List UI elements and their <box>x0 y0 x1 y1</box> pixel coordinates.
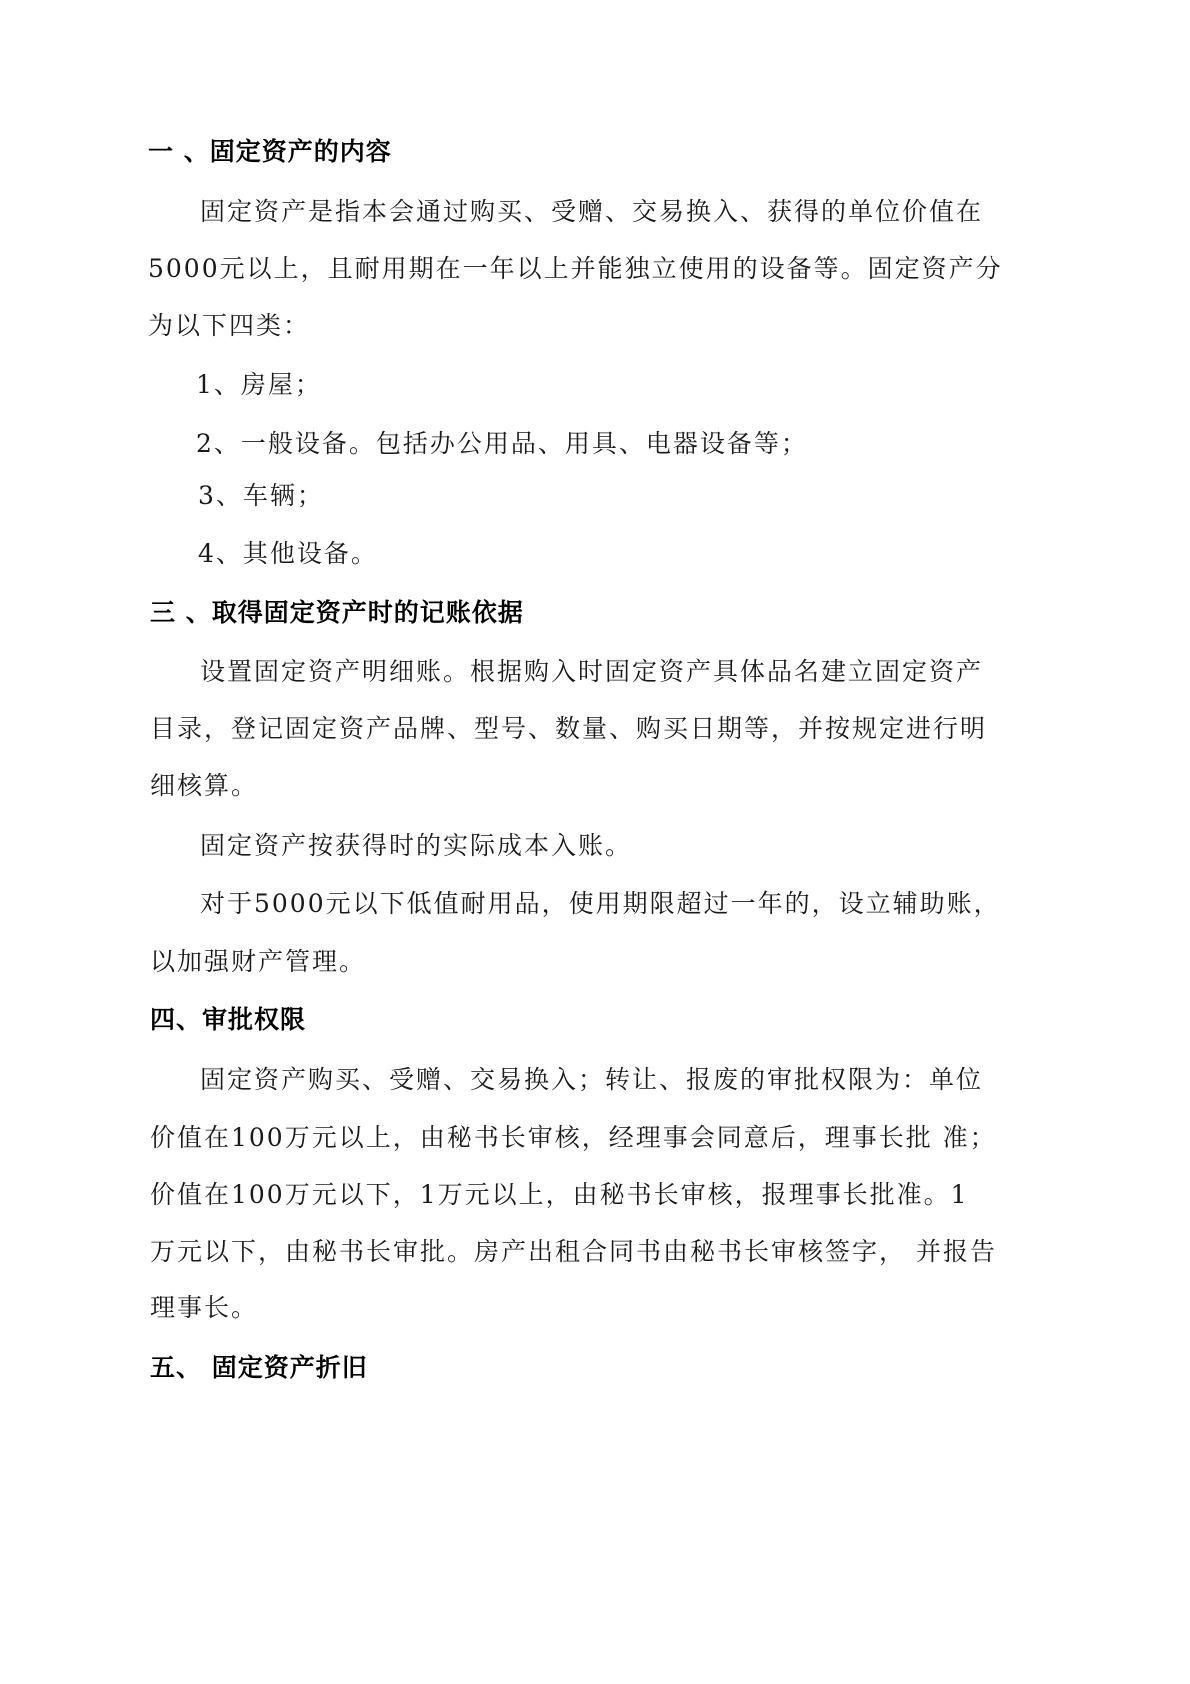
paragraph-line: 目录，登记固定资产品牌、型号、数量、购买日期等，并按规定进行明 <box>150 713 987 745</box>
document-page: 一 、固定资产的内容 固定资产是指本会通过购买、受赠、交易换入、获得的单位价值在… <box>0 0 1190 1684</box>
paragraph-line: 理事长。 <box>150 1292 258 1324</box>
paragraph-line: 价值在100万元以下，1万元以上，由秘书长审核，报理事长批准。1 <box>150 1179 969 1211</box>
list-item: 2、一般设备。包括办公用品、用具、电器设备等； <box>196 428 808 460</box>
paragraph-line: 为以下四类： <box>148 310 310 342</box>
paragraph-line: 细核算。 <box>150 770 258 802</box>
paragraph-line: 对于5000元以下低值耐用品，使用期限超过一年的，设立辅助账， <box>200 888 1001 920</box>
list-item: 3、车辆； <box>198 480 324 512</box>
paragraph-line: 以加强财产管理。 <box>150 946 366 978</box>
paragraph-line: 固定资产按获得时的实际成本入账。 <box>200 830 632 862</box>
section-heading-1: 一 、固定资产的内容 <box>148 136 392 168</box>
section-heading-3: 三 、取得固定资产时的记账依据 <box>150 597 524 629</box>
paragraph-line: 价值在100万元以上，由秘书长审核，经理事会同意后，理事长批 准； <box>150 1122 997 1154</box>
section-heading-5: 五、 固定资产折旧 <box>150 1352 368 1384</box>
paragraph-line: 固定资产是指本会通过购买、受赠、交易换入、获得的单位价值在 <box>200 196 983 228</box>
paragraph-line: 设置固定资产明细账。根据购入时固定资产具体品名建立固定资产 <box>200 656 983 688</box>
paragraph-line: 5000元以上，且耐用期在一年以上并能独立使用的设备等。固定资产分 <box>148 253 1003 285</box>
section-heading-4: 四、审批权限 <box>150 1004 306 1036</box>
list-item: 4、其他设备。 <box>198 538 378 570</box>
paragraph-line: 万元以下，由秘书长审批。房产出租合同书由秘书长审核签字， 并报告 <box>150 1236 997 1268</box>
paragraph-line: 固定资产购买、受赠、交易换入；转让、报废的审批权限为：单位 <box>200 1064 983 1096</box>
list-item: 1、房屋； <box>196 369 322 401</box>
